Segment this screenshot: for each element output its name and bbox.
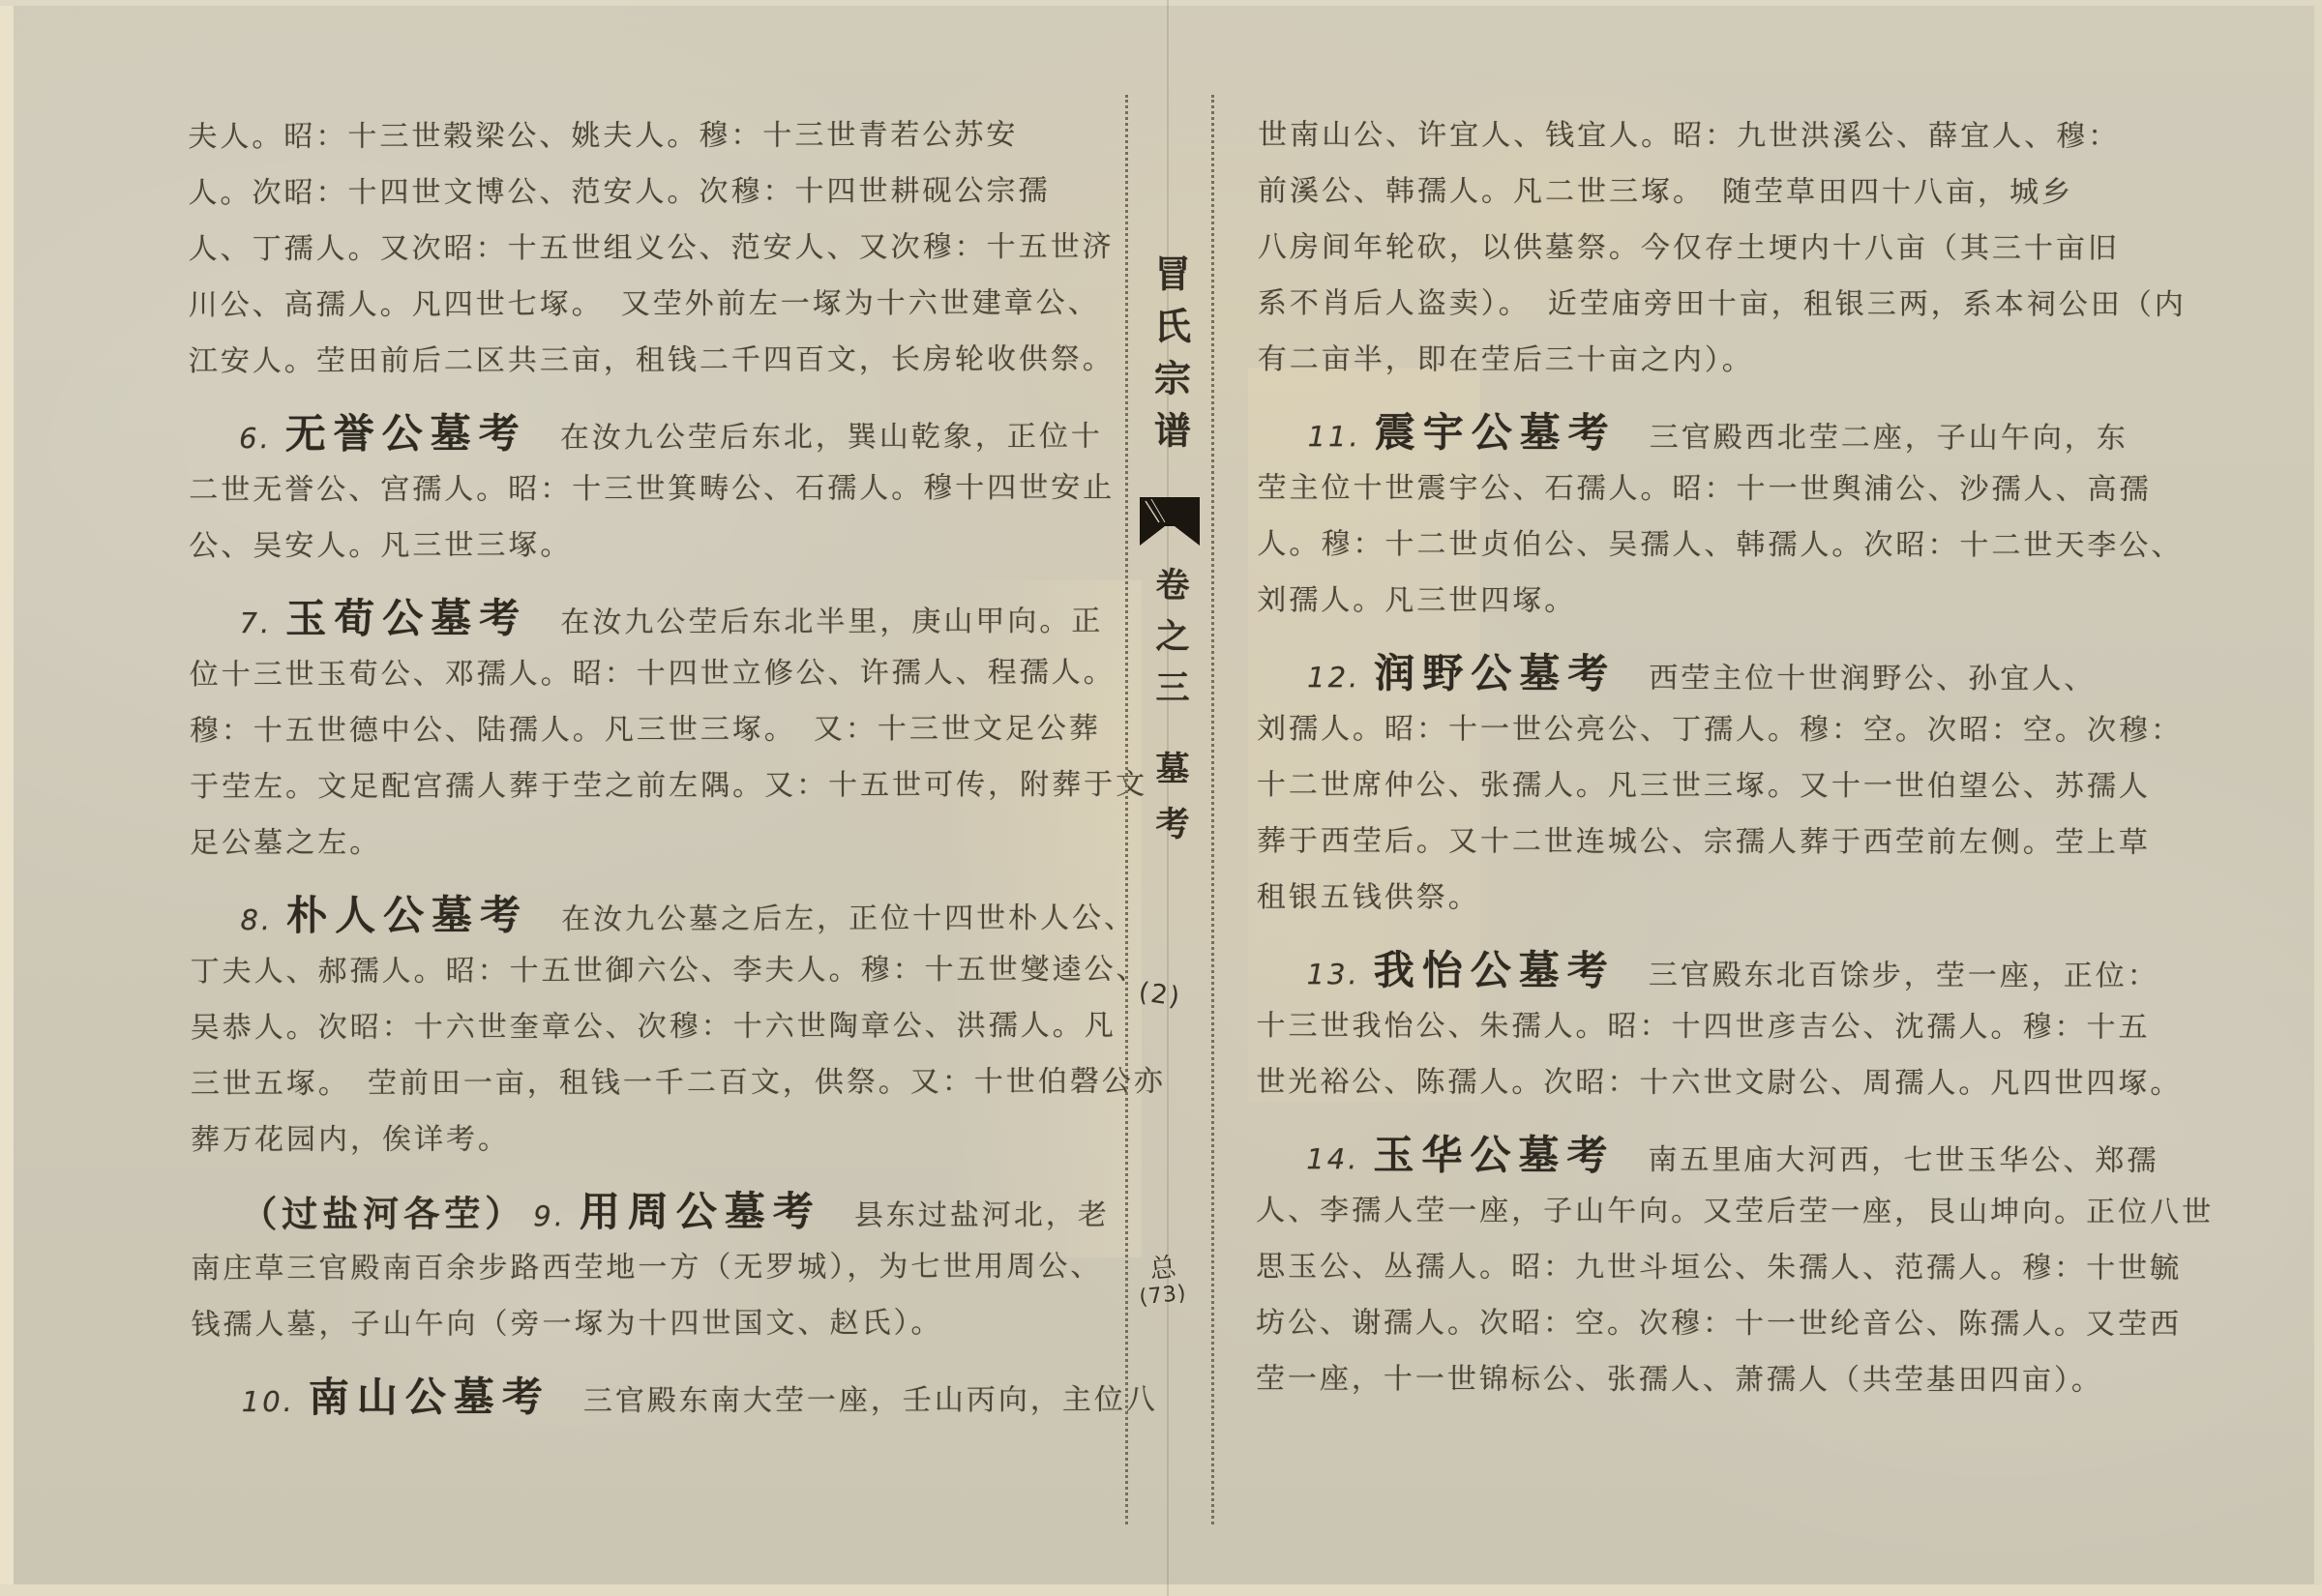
line-text: 租银五钱供祭。: [1257, 870, 1480, 926]
line-text: 系不肖后人盗卖）。 近茔庙旁田十亩，租银三两，系本祠公田（内: [1258, 276, 2187, 334]
line-text: 三官殿东南大茔一座，壬山丙向，主位八: [583, 1373, 1158, 1431]
line-text: 足公墓之左。: [190, 815, 381, 872]
section-heading-line: 10.南山公墓考三官殿东南大茔一座，壬山丙向，主位八: [192, 1368, 1145, 1427]
text-line: 租银五钱供祭。: [1257, 870, 2210, 928]
line-text: 在汝九公茔后东北半里，庚山甲向。正: [560, 594, 1103, 651]
line-text: 穆：十五世德中公、陆孺人。凡三世三塚。 又：十三世文足公葬: [190, 701, 1101, 759]
section-title: 我怡公墓考: [1374, 942, 1616, 998]
line-text: 川公、高孺人。凡四世七塚。 又茔外前左一塚为十六世建章公、: [189, 276, 1100, 334]
text-line: 人、丁孺人。又次昭：十五世组义公、范安人、又次穆：十五世济: [189, 220, 1142, 279]
line-text: 西茔主位十世润野公、孙宜人、: [1649, 651, 2096, 708]
line-text: 思玉公、丛孺人。昭：九世斗垣公、朱孺人、范孺人。穆：十世毓: [1256, 1239, 2182, 1297]
text-line: 人。穆：十二世贞伯公、吴孺人、韩孺人。次昭：十二世天李公、: [1257, 517, 2210, 575]
line-text: 人、丁孺人。又次昭：十五世组义公、范安人、又次穆：十五世济: [189, 220, 1115, 279]
line-text: 有二亩半，即在茔后三十亩之内）。: [1258, 332, 1754, 389]
line-text: 江安人。茔田前后二区共三亩，租钱二千四百文，长房轮收供祭。: [189, 332, 1115, 391]
section-title: 用周公墓考: [580, 1184, 821, 1241]
line-text: 葬于西茔后。又十二世连城公、宗孺人葬于西茔前左侧。茔上草: [1257, 813, 2151, 872]
line-text: 在汝九公墓之后左，正位十四世朴人公、: [561, 891, 1136, 949]
line-text: 世光裕公、陈孺人。次昭：十六世文尉公、周孺人。凡四世四塚。: [1256, 1054, 2182, 1112]
text-line: 人、李孺人茔一座，子山午向。又茔后茔一座，艮山坤向。正位八世: [1256, 1183, 2209, 1241]
text-line: 世光裕公、陈孺人。次昭：十六世文尉公、周孺人。凡四世四塚。: [1256, 1054, 2209, 1112]
section-heading-line: 14.玉华公墓考南五里庙大河西，七世玉华公、郑孺: [1256, 1127, 2209, 1185]
section-number: 8.: [240, 892, 273, 948]
section-title: 震宇公墓考: [1375, 404, 1617, 460]
section-number: 11.: [1308, 408, 1361, 464]
text-line: 茔一座，十一世锦标公、张孺人、萧孺人（共茔基田四亩）。: [1256, 1351, 2209, 1409]
line-text: 茔主位十世震宇公、石孺人。昭：十一世舆浦公、沙孺人、高孺: [1257, 460, 2151, 518]
line-text: 三世五塚。 茔前田一亩，租钱一千二百文，供祭。又：十世伯磬公亦: [191, 1054, 1166, 1113]
spine-gutter: 冒氏宗谱 卷之三 墓考 (2) 总 (73): [1125, 95, 1214, 1524]
line-text: 刘孺人。凡三世四塚。: [1257, 573, 1576, 630]
section-number: 9.: [533, 1188, 566, 1244]
line-text: 坊公、谢孺人。次昭：空。次穆：十一世纶音公、陈孺人。又茔西: [1256, 1295, 2182, 1353]
book-title: 冒氏宗谱: [1144, 254, 1197, 463]
text-line: 葬于西茔后。又十二世连城公、宗孺人葬于西茔前左侧。茔上草: [1257, 813, 2210, 872]
text-line: 刘孺人。昭：十一世公亮公、丁孺人。穆：空。次昭：空。次穆：: [1257, 701, 2210, 759]
line-text: 十三世我怡公、朱孺人。昭：十四世彦吉公、沈孺人。穆：十五: [1256, 998, 2150, 1056]
left-page: 夫人。昭：十三世榖梁公、姚夫人。穆：十三世青若公苏安人。次昭：十四世文博公、范安…: [188, 107, 1145, 1427]
text-line: 南庄草三官殿南百余步路西茔地一方（无罗城），为七世用周公、: [191, 1239, 1144, 1298]
text-line: 坊公、谢孺人。次昭：空。次穆：十一世纶音公、陈孺人。又茔西: [1256, 1295, 2209, 1353]
section-title: 南山公墓考: [309, 1369, 551, 1426]
scan-edge-bottom: [0, 1584, 2322, 1596]
section-title: 玉荀公墓考: [285, 590, 527, 647]
line-text: 吴恭人。次昭：十六世奎章公、次穆：十六世陶章公、洪孺人。凡: [191, 998, 1116, 1057]
section-title: 玉华公墓考: [1373, 1127, 1615, 1183]
line-text: 公、吴安人。凡三世三塚。: [189, 517, 572, 575]
line-text: 二世无誉公、宫孺人。昭：十三世箕畴公、石孺人。穆十四世安止: [189, 460, 1115, 519]
text-line: 前溪公、韩孺人。凡二世三塚。 随茔草田四十八亩，城乡: [1258, 163, 2211, 222]
section-number: 13.: [1307, 946, 1360, 1002]
line-text: 丁夫人、郝孺人。昭：十五世御六公、李夫人。穆：十五世燮逵公、: [190, 942, 1147, 1001]
section-number: 6.: [239, 410, 272, 466]
section-heading-line: 13.我怡公墓考三官殿东北百馀步，茔一座，正位：: [1257, 942, 2210, 1000]
section-number: 10.: [242, 1374, 295, 1430]
text-line: 有二亩半，即在茔后三十亩之内）。: [1258, 332, 2211, 390]
text-line: 穆：十五世德中公、陆孺人。凡三世三塚。 又：十三世文足公葬: [190, 701, 1143, 760]
scan-edge-top: [0, 0, 2322, 6]
section-number: 7.: [240, 595, 273, 651]
text-line: 八房间年轮砍，以供墓祭。今仅存土埂内十八亩（其三十亩旧: [1258, 220, 2211, 278]
line-text: 南庄草三官殿南百余步路西茔地一方（无罗城），为七世用周公、: [191, 1239, 1102, 1297]
total-page-number: 总 (73): [1140, 1254, 1187, 1308]
text-line: 二世无誉公、宫孺人。昭：十三世箕畴公、石孺人。穆十四世安止: [189, 460, 1142, 519]
section-group-label: （过盐河各茔）: [241, 1186, 525, 1243]
line-text: 于茔左。文足配宫孺人葬于茔之前左隅。又：十五世可传，附葬于文: [190, 757, 1147, 816]
text-line: 十三世我怡公、朱孺人。昭：十四世彦吉公、沈孺人。穆：十五: [1256, 998, 2209, 1056]
text-line: 于茔左。文足配宫孺人葬于茔之前左隅。又：十五世可传，附葬于文: [190, 757, 1143, 816]
text-line: 吴恭人。次昭：十六世奎章公、次穆：十六世陶章公、洪孺人。凡: [191, 998, 1144, 1057]
section-heading-line: 11.震宇公墓考三官殿西北茔二座，子山午向，东: [1258, 404, 2211, 462]
fascicle-page-number: (2): [1137, 977, 1183, 1013]
text-line: 川公、高孺人。凡四世七塚。 又茔外前左一塚为十六世建章公、: [189, 276, 1142, 335]
section-number: 12.: [1307, 649, 1360, 705]
text-line: 茔主位十世震宇公、石孺人。昭：十一世舆浦公、沙孺人、高孺: [1257, 460, 2210, 518]
volume-label: 卷之三: [1146, 567, 1194, 721]
scanned-genealogy-spread: { "colors": { "paper": "#d1cbba", "ink":…: [0, 0, 2322, 1596]
line-text: 十二世席仲公、张孺人。凡三世三塚。又十一世伯望公、苏孺人: [1257, 757, 2151, 815]
right-page: 世南山公、许宜人、钱宜人。昭：九世洪溪公、薛宜人、穆：前溪公、韩孺人。凡二世三塚…: [1256, 107, 2211, 1409]
text-line: 钱孺人墓，子山午向（旁一塚为十四世国文、赵氏）。: [191, 1295, 1144, 1354]
line-text: 位十三世玉荀公、邓孺人。昭：十四世立修公、许孺人、程孺人。: [190, 645, 1116, 704]
line-text: 三官殿西北茔二座，子山午向，东: [1650, 410, 2128, 467]
scan-edge-right: [2314, 0, 2322, 1596]
text-line: 夫人。昭：十三世榖梁公、姚夫人。穆：十三世青若公苏安: [188, 107, 1141, 166]
line-text: 夫人。昭：十三世榖梁公、姚夫人。穆：十三世青若公苏安: [188, 107, 1018, 165]
section-heading-line: （过盐河各茔）9.用周公墓考县东过盐河北，老: [191, 1183, 1144, 1242]
line-text: 县东过盐河北，老: [854, 1188, 1110, 1245]
section-label: 墓考: [1146, 751, 1194, 861]
section-title: 润野公墓考: [1374, 645, 1616, 701]
line-text: 人。次昭：十四世文博公、范安人。次穆：十四世耕砚公宗孺: [188, 163, 1050, 222]
total-number: (73): [1138, 1282, 1188, 1311]
text-line: 人。次昭：十四世文博公、范安人。次穆：十四世耕砚公宗孺: [188, 163, 1141, 222]
text-line: 世南山公、许宜人、钱宜人。昭：九世洪溪公、薛宜人、穆：: [1258, 107, 2211, 165]
line-text: 南五里庙大河西，七世玉华公、郑孺: [1648, 1133, 2158, 1190]
line-text: 钱孺人墓，子山午向（旁一塚为十四世国文、赵氏）。: [191, 1295, 942, 1353]
section-heading-line: 7.玉荀公墓考在汝九公茔后东北半里，庚山甲向。正: [190, 589, 1143, 648]
text-line: 葬万花园内，俟详考。: [191, 1110, 1144, 1169]
line-text: 八房间年轮砍，以供墓祭。今仅存土埂内十八亩（其三十亩旧: [1258, 220, 2120, 278]
line-text: 葬万花园内，俟详考。: [191, 1111, 510, 1168]
text-line: 三世五塚。 茔前田一亩，租钱一千二百文，供祭。又：十世伯磬公亦: [191, 1054, 1144, 1113]
section-number: 14.: [1306, 1131, 1359, 1187]
line-text: 三官殿东北百馀步，茔一座，正位：: [1649, 948, 2159, 1005]
scan-edge-left: [0, 0, 14, 1596]
text-line: 足公墓之左。: [190, 813, 1143, 872]
fishtail-printers-mark-icon: [1140, 497, 1200, 547]
text-line: 刘孺人。凡三世四塚。: [1257, 573, 2210, 631]
text-line: 江安人。茔田前后二区共三亩，租钱二千四百文，长房轮收供祭。: [189, 332, 1142, 391]
section-title: 无誉公墓考: [285, 405, 527, 462]
text-line: 公、吴安人。凡三世三塚。: [189, 517, 1142, 576]
text-line: 位十三世玉荀公、邓孺人。昭：十四世立修公、许孺人、程孺人。: [190, 645, 1143, 704]
section-heading-line: 12.润野公墓考西茔主位十世润野公、孙宜人、: [1257, 645, 2210, 703]
line-text: 在汝九公茔后东北，巽山乾象，正位十: [560, 409, 1103, 466]
section-heading-line: 8.朴人公墓考在汝九公墓之后左，正位十四世朴人公、: [190, 886, 1143, 945]
line-text: 人。穆：十二世贞伯公、吴孺人、韩孺人。次昭：十二世天李公、: [1257, 517, 2183, 575]
line-text: 刘孺人。昭：十一世公亮公、丁孺人。穆：空。次昭：空。次穆：: [1257, 701, 2183, 759]
line-text: 茔一座，十一世锦标公、张孺人、萧孺人（共茔基田四亩）。: [1256, 1351, 2103, 1409]
text-line: 十二世席仲公、张孺人。凡三世三塚。又十一世伯望公、苏孺人: [1257, 757, 2210, 815]
text-line: 思玉公、丛孺人。昭：九世斗垣公、朱孺人、范孺人。穆：十世毓: [1256, 1239, 2209, 1297]
section-title: 朴人公墓考: [286, 887, 528, 944]
text-line: 系不肖后人盗卖）。 近茔庙旁田十亩，租银三两，系本祠公田（内: [1258, 276, 2211, 334]
line-text: 世南山公、许宜人、钱宜人。昭：九世洪溪公、薛宜人、穆：: [1258, 107, 2120, 165]
text-line: 丁夫人、郝孺人。昭：十五世御六公、李夫人。穆：十五世燮逵公、: [190, 942, 1143, 1001]
line-text: 人、李孺人茔一座，子山午向。又茔后茔一座，艮山坤向。正位八世: [1256, 1183, 2214, 1241]
section-heading-line: 6.无誉公墓考在汝九公茔后东北，巽山乾象，正位十: [189, 404, 1142, 463]
line-text: 前溪公、韩孺人。凡二世三塚。 随茔草田四十八亩，城乡: [1258, 163, 2073, 221]
